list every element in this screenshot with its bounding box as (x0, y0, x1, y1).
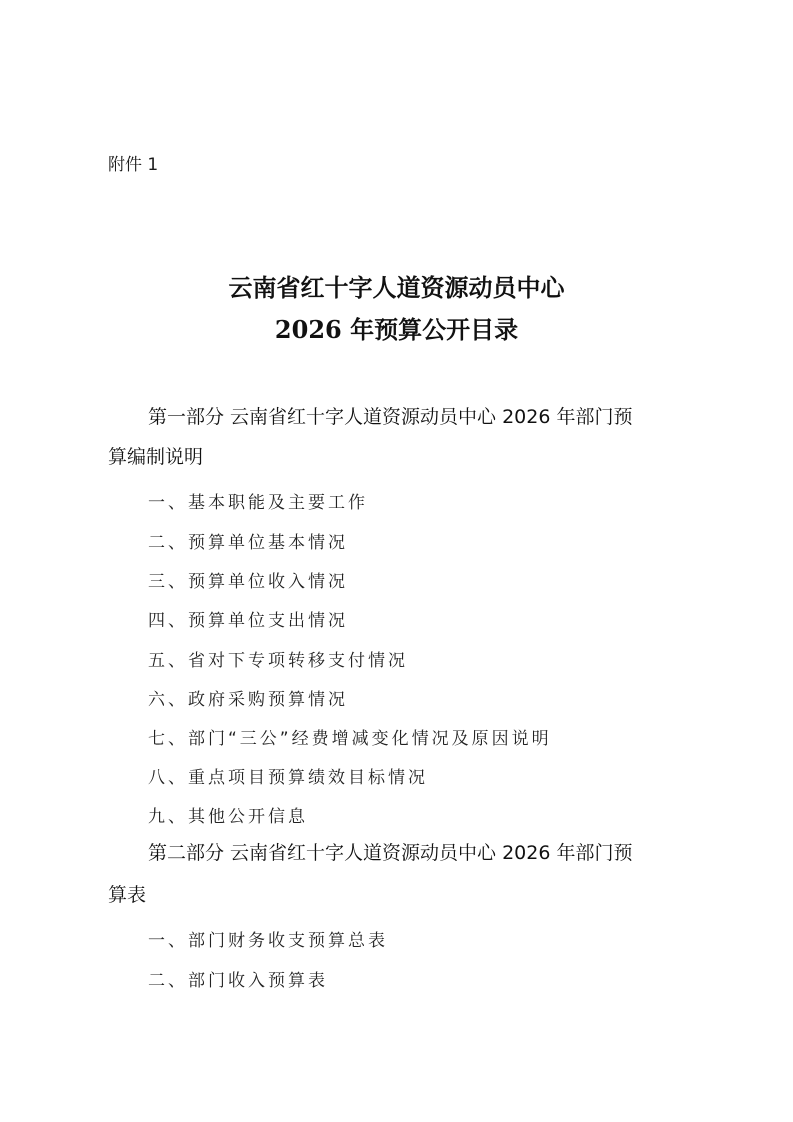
attachment-label: 附件 1 (108, 150, 158, 175)
toc-item: 二、部门收入预算表 (148, 966, 328, 991)
document-title-line1: 云南省红十字人道资源动员中心 (0, 268, 793, 303)
part2-heading-cont: 算表 (108, 880, 146, 907)
toc-item: 七、部门“三公”经费增减变化情况及原因说明 (148, 724, 552, 749)
toc-item: 三、预算单位收入情况 (148, 567, 348, 592)
document-title-line2: 2026 年预算公开目录 (0, 310, 793, 345)
part1-heading-cont: 算编制说明 (108, 442, 203, 469)
toc-item: 一、部门财务收支预算总表 (148, 926, 388, 951)
toc-item: 六、政府采购预算情况 (148, 685, 348, 710)
part1-heading: 第一部分 云南省红十字人道资源动员中心 2026 年部门预 (148, 402, 632, 429)
toc-item: 八、重点项目预算绩效目标情况 (148, 763, 428, 788)
toc-item: 二、预算单位基本情况 (148, 528, 348, 553)
part2-heading: 第二部分 云南省红十字人道资源动员中心 2026 年部门预 (148, 838, 632, 865)
toc-item: 四、预算单位支出情况 (148, 606, 348, 631)
toc-item: 九、其他公开信息 (148, 802, 308, 827)
toc-item: 五、省对下专项转移支付情况 (148, 646, 408, 671)
toc-item: 一、基本职能及主要工作 (148, 488, 368, 513)
